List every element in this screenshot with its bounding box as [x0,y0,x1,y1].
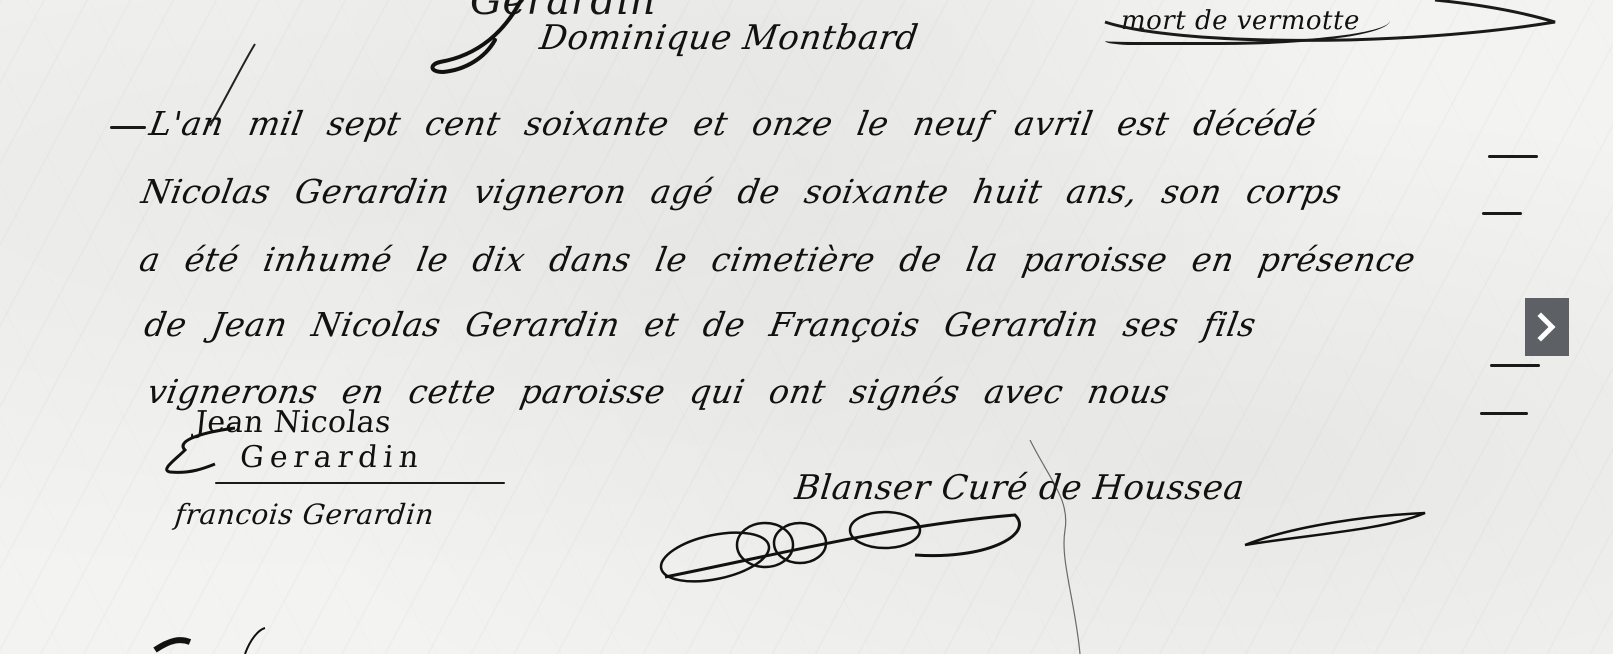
signature-flourish [155,420,245,480]
record-line-4: de Jean Nicolas Gerardin et de François … [142,305,1260,344]
signature-gerardin: Gerardin [238,440,426,475]
margin-note-loop [1095,0,1565,50]
deceased-name-heading: Dominique Montbard [537,18,921,58]
signature-underline [215,482,505,484]
next-page-button[interactable] [1525,298,1569,356]
paper-crease [1020,440,1090,654]
line-end-dash [1480,412,1528,415]
line-end-dash [1490,364,1540,367]
signature-francois-gerardin: francois Gerardin [173,498,436,531]
line-start-dash [110,126,146,129]
line-end-dash [1482,212,1522,215]
bottom-ink-fragment [150,620,270,654]
record-line-2: Nicolas Gerardin vigneron agé de soixant… [139,172,1345,211]
header-flourish [425,0,545,80]
record-line-1: L'an mil sept cent soixante et onze le n… [147,104,1320,143]
record-line-3: a été inhumé le dix dans le cimetière de… [137,240,1419,279]
chevron-right-icon [1536,312,1558,342]
line-end-dash [1488,155,1538,158]
document-image-viewer: Gerardin Dominique Montbard mort de verm… [0,0,1613,654]
